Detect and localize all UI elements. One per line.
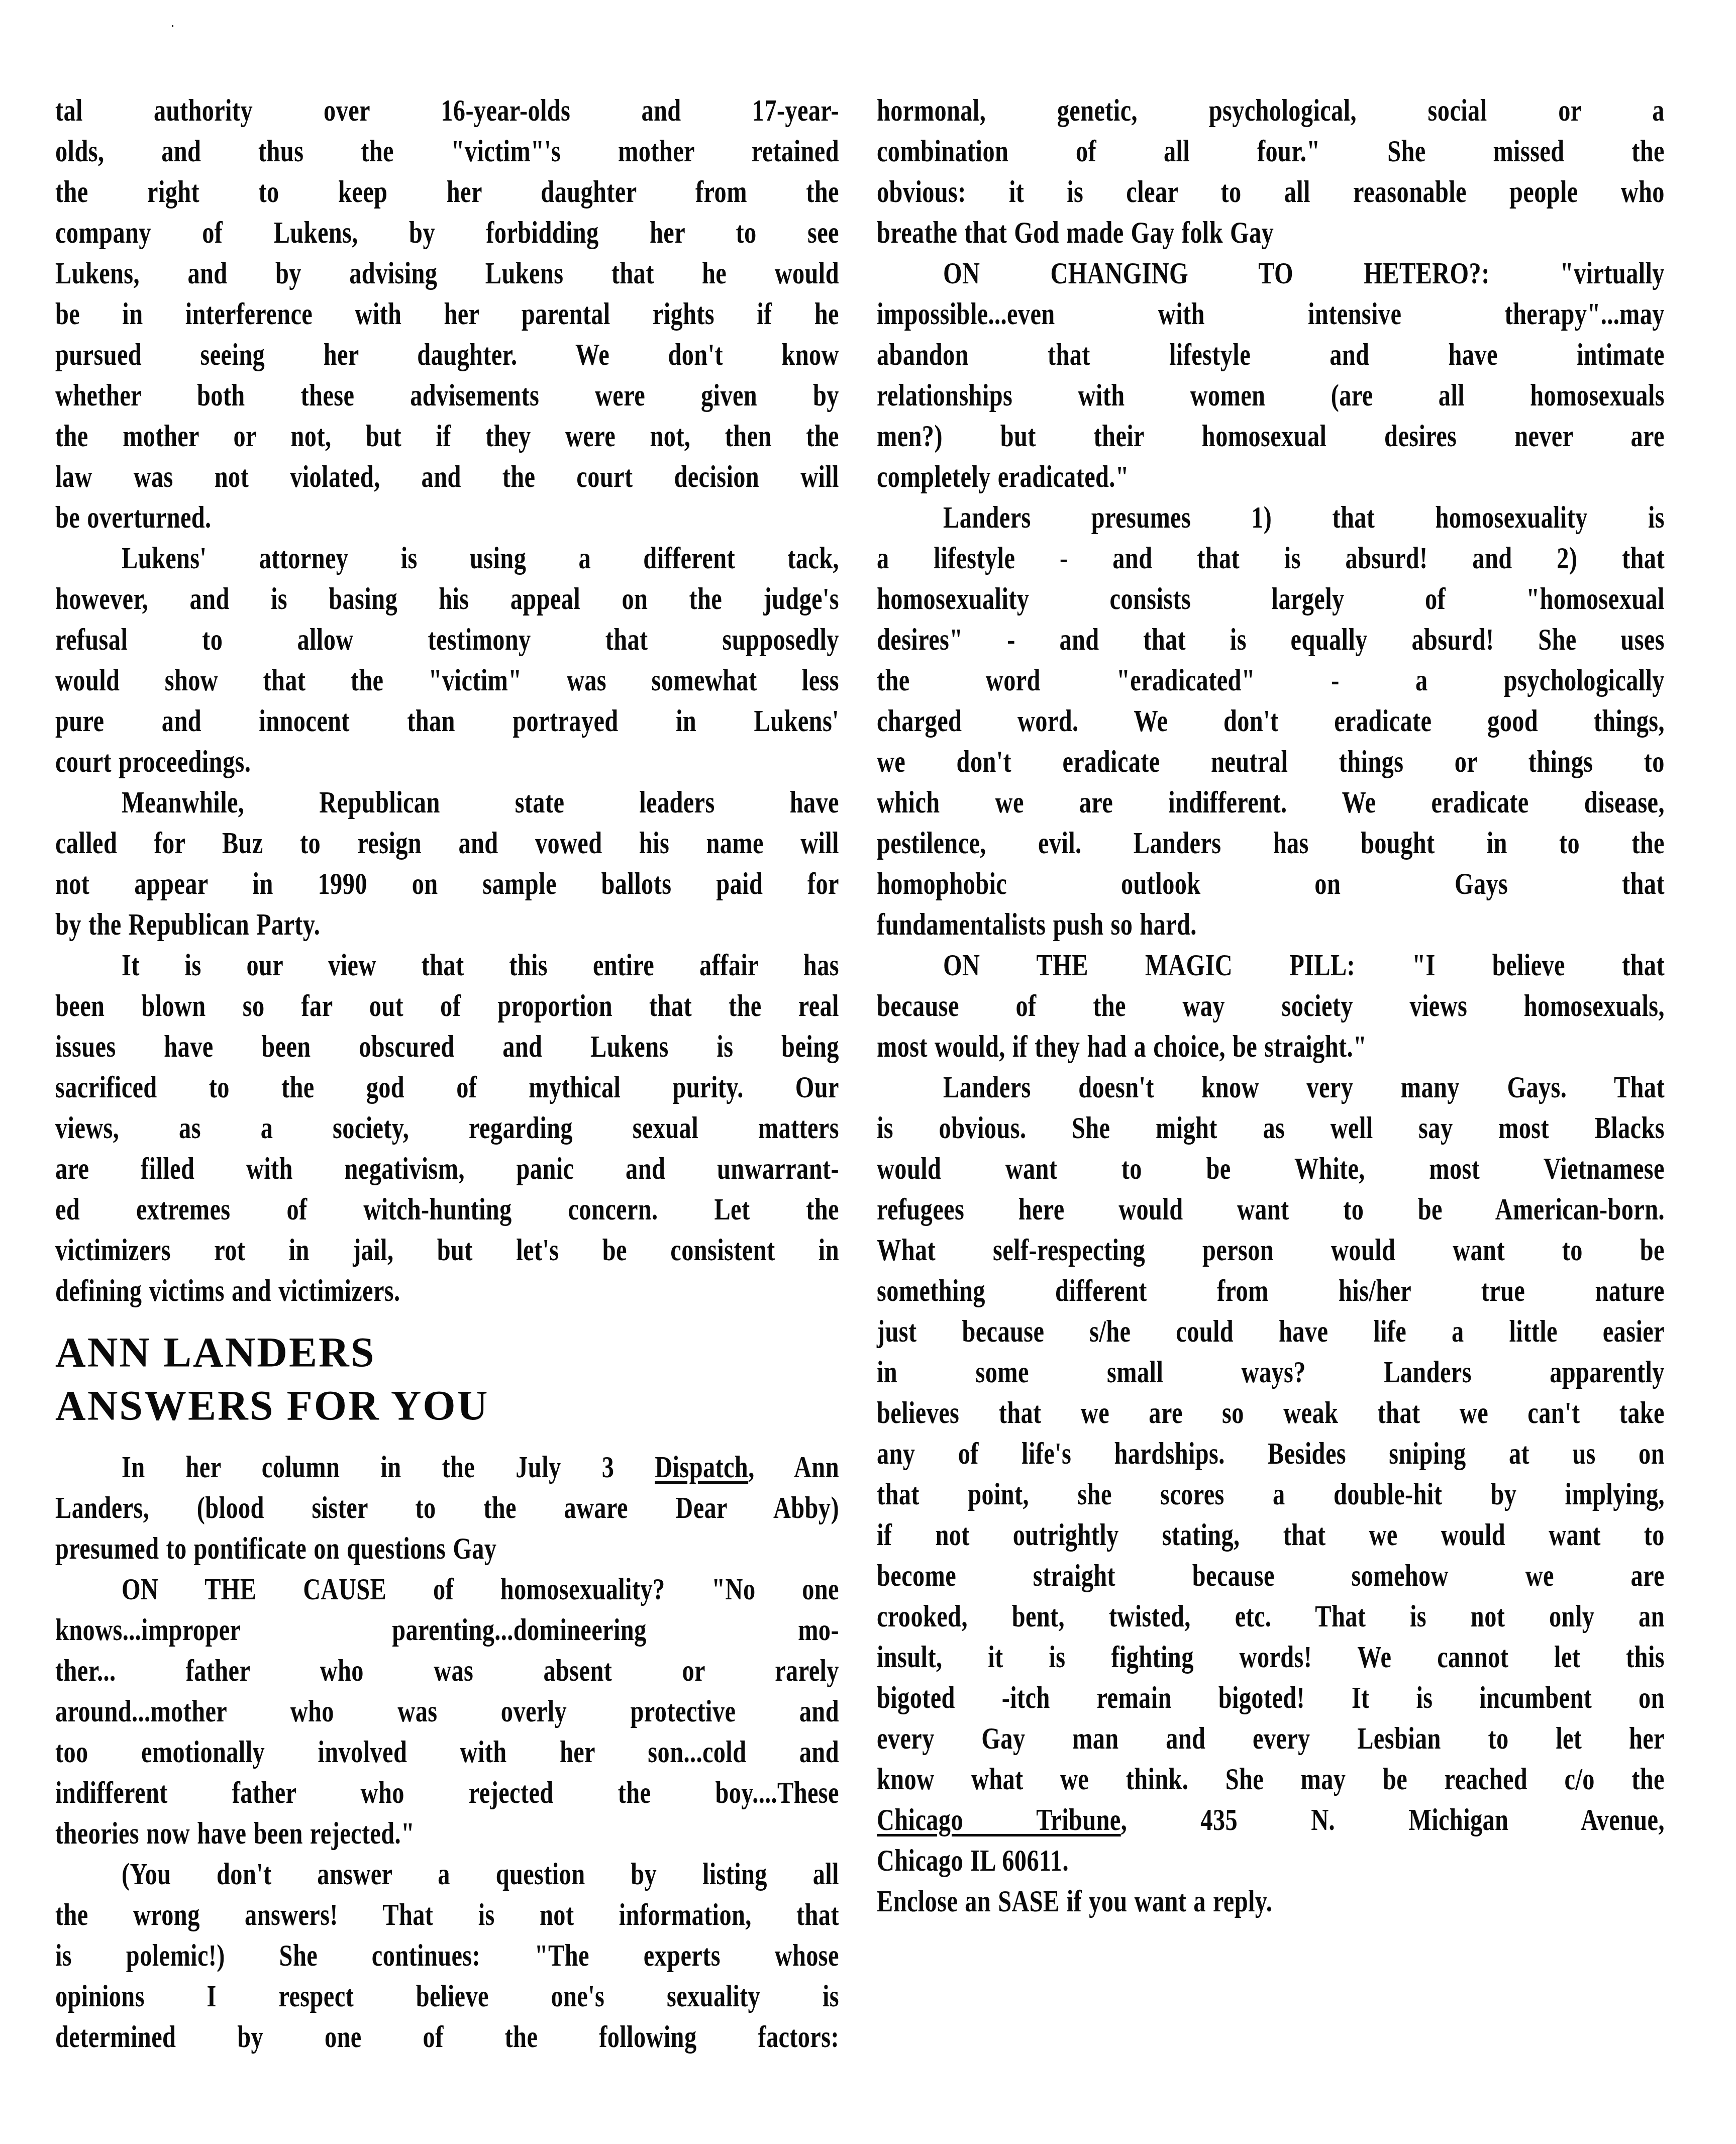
text-line: pestilence, evil. Landers has bought in … <box>877 823 1665 864</box>
article-paragraph-3: (You don't answer a question by listing … <box>55 1854 839 2058</box>
text-line: any of life's hardships. Besides sniping… <box>877 1434 1665 1474</box>
text-line: Meanwhile, Republican state leaders have <box>122 782 839 823</box>
street-address: , 435 N. Michigan Avenue, <box>1121 1803 1665 1837</box>
right-paragraph-1: hormonal, genetic, psychological, social… <box>877 90 1665 253</box>
text-line: combination of all four." She missed the <box>877 131 1665 172</box>
text-line: by the Republican Party. <box>55 904 839 945</box>
text-line: views, as a society, regarding sexual ma… <box>55 1108 839 1149</box>
text-line: opinions I respect believe one's sexuali… <box>55 1976 839 2017</box>
text-line: refugees here would want to be American-… <box>877 1189 1665 1230</box>
text-line: It is our view that this entire affair h… <box>122 945 839 986</box>
text-fragment: In her column in the July 3 <box>122 1450 655 1484</box>
text-line: the word "eradicated" - a psychologicall… <box>877 660 1665 701</box>
text-line: the right to keep her daughter from the <box>55 172 839 213</box>
closing-note: Enclose an SASE if you want a reply. <box>877 1881 1665 1922</box>
article-paragraph-1: In her column in the July 3 Dispatch, An… <box>55 1447 839 1569</box>
article-paragraph-2: ON THE CAUSE of homosexuality? "No one k… <box>55 1569 839 1854</box>
text-line: Lukens' attorney is using a different ta… <box>122 538 839 579</box>
text-line: too emotionally involved with her son...… <box>55 1732 839 1773</box>
text-line: refusal to allow testimony that supposed… <box>55 620 839 660</box>
text-line: abandon that lifestyle and have intimate <box>877 335 1665 375</box>
text-line: the mother or not, but if they were not,… <box>55 416 839 457</box>
text-line: if not outrightly stating, that we would… <box>877 1515 1665 1556</box>
publication-name-chicago-tribune: Chicago Tribune <box>877 1803 1121 1837</box>
text-line: sacrificed to the god of mythical purity… <box>55 1067 839 1108</box>
text-line: which we are indifferent. We eradicate d… <box>877 782 1665 823</box>
text-line: law was not violated, and the court deci… <box>55 457 839 497</box>
text-line: defining victims and victimizers. <box>55 1271 839 1311</box>
text-line: are filled with negativism, panic and un… <box>55 1149 839 1189</box>
closing-note-text: Enclose an SASE if you want a reply. <box>877 1881 1665 1922</box>
continued-paragraph-1: tal authority over 16-year-olds and 17-y… <box>55 90 839 538</box>
text-line: presumed to pontificate on questions Gay <box>55 1528 839 1569</box>
continued-paragraph-4: It is our view that this entire affair h… <box>55 945 839 1311</box>
text-line: court proceedings. <box>55 742 839 782</box>
text-line: homophobic outlook on Gays that <box>877 864 1665 904</box>
text-line: pure and innocent than portrayed in Luke… <box>55 701 839 742</box>
text-line: we don't eradicate neutral things or thi… <box>877 742 1665 782</box>
right-paragraph-5: Landers doesn't know very many Gays. Tha… <box>877 1067 1665 1881</box>
text-line: fundamentalists push so hard. <box>877 904 1665 945</box>
continued-paragraph-3: Meanwhile, Republican state leaders have… <box>55 782 839 945</box>
text-line: been blown so far out of proportion that… <box>55 986 839 1027</box>
headline-line-1: ANN LANDERS <box>55 1326 839 1380</box>
text-line: crooked, bent, twisted, etc. That is not… <box>877 1596 1665 1637</box>
text-line: impossible...even with intensive therapy… <box>877 294 1665 335</box>
text-fragment: , Ann <box>748 1450 839 1484</box>
text-line: determined by one of the following facto… <box>55 2017 839 2058</box>
text-line: (You don't answer a question by listing … <box>122 1854 839 1895</box>
text-line: ON CHANGING TO HETERO?: "virtually <box>943 253 1665 294</box>
text-line: that point, she scores a double-hit by i… <box>877 1474 1665 1515</box>
text-line: is polemic!) She continues: "The experts… <box>55 1935 839 1976</box>
text-line: not appear in 1990 on sample ballots pai… <box>55 864 839 904</box>
text-line: however, and is basing his appeal on the… <box>55 579 839 620</box>
text-line: breathe that God made Gay folk Gay <box>877 213 1665 253</box>
text-line: around...mother who was overly protectiv… <box>55 1691 839 1732</box>
text-line: desires" - and that is equally absurd! S… <box>877 620 1665 660</box>
text-line: every Gay man and every Lesbian to let h… <box>877 1718 1665 1759</box>
text-line: would show that the "victim" was somewha… <box>55 660 839 701</box>
right-paragraph-2: ON CHANGING TO HETERO?: "virtually impos… <box>877 253 1665 497</box>
text-line: issues have been obscured and Lukens is … <box>55 1027 839 1067</box>
text-line: ed extremes of witch-hunting concern. Le… <box>55 1189 839 1230</box>
text-line: would want to be White, most Vietnamese <box>877 1149 1665 1189</box>
text-line: hormonal, genetic, psychological, social… <box>877 90 1665 131</box>
continued-paragraph-2: Lukens' attorney is using a different ta… <box>55 538 839 782</box>
newsletter-page: tal authority over 16-year-olds and 17-y… <box>0 0 1736 2144</box>
text-line: be in interference with her parental rig… <box>55 294 839 335</box>
text-line: in some small ways? Landers apparently <box>877 1352 1665 1393</box>
text-line: ther... father who was absent or rarely <box>55 1651 839 1691</box>
publication-name-dispatch: Dispatch <box>655 1450 748 1484</box>
text-line: tal authority over 16-year-olds and 17-y… <box>55 90 839 131</box>
text-line: be overturned. <box>55 497 839 538</box>
text-line: pursued seeing her daughter. We don't kn… <box>55 335 839 375</box>
text-line: men?) but their homosexual desires never… <box>877 416 1665 457</box>
scan-speck <box>172 25 173 27</box>
city-address: Chicago IL 60611. <box>877 1841 1665 1881</box>
text-line: What self-respecting person would want t… <box>877 1230 1665 1271</box>
left-column: tal authority over 16-year-olds and 17-y… <box>55 90 839 2058</box>
text-line: indifferent father who rejected the boy.… <box>55 1773 839 1813</box>
text-line: charged word. We don't eradicate good th… <box>877 701 1665 742</box>
right-paragraph-3: Landers presumes 1) that homosexuality i… <box>877 497 1665 945</box>
article-headline: ANN LANDERS ANSWERS FOR YOU <box>55 1326 839 1433</box>
right-paragraph-4: ON THE MAGIC PILL: "I believe that becau… <box>877 945 1665 1067</box>
right-column: hormonal, genetic, psychological, social… <box>877 90 1665 1922</box>
text-line: ON THE MAGIC PILL: "I believe that <box>943 945 1665 986</box>
text-line: the wrong answers! That is not informati… <box>55 1895 839 1935</box>
text-line: company of Lukens, by forbidding her to … <box>55 213 839 253</box>
text-line: obvious: it is clear to all reasonable p… <box>877 172 1665 213</box>
text-line: ON THE CAUSE of homosexuality? "No one <box>122 1569 839 1610</box>
text-line: olds, and thus the "victim"'s mother ret… <box>55 131 839 172</box>
text-line: because of the way society views homosex… <box>877 986 1665 1027</box>
text-line: Landers, (blood sister to the aware Dear… <box>55 1488 839 1528</box>
text-line: most would, if they had a choice, be str… <box>877 1027 1665 1067</box>
text-line: is obvious. She might as well say most B… <box>877 1108 1665 1149</box>
text-line: Landers doesn't know very many Gays. Tha… <box>943 1067 1665 1108</box>
text-line: victimizers rot in jail, but let's be co… <box>55 1230 839 1271</box>
text-line: just because s/he could have life a litt… <box>877 1311 1665 1352</box>
text-line: homosexuality consists largely of "homos… <box>877 579 1665 620</box>
text-line: a lifestyle - and that is absurd! and 2)… <box>877 538 1665 579</box>
text-line: completely eradicated." <box>877 457 1665 497</box>
text-line: whether both these advisements were give… <box>55 375 839 416</box>
text-line: bigoted -itch remain bigoted! It is incu… <box>877 1678 1665 1718</box>
text-line: relationships with women (are all homose… <box>877 375 1665 416</box>
text-line: believes that we are so weak that we can… <box>877 1393 1665 1434</box>
headline-line-2: ANSWERS FOR YOU <box>55 1380 839 1433</box>
text-line: called for Buz to resign and vowed his n… <box>55 823 839 864</box>
text-line: theories now have been rejected." <box>55 1813 839 1854</box>
text-line: knows...improper parenting...domineering… <box>55 1610 839 1651</box>
text-line: become straight because somehow we are <box>877 1556 1665 1596</box>
text-line: Landers presumes 1) that homosexuality i… <box>943 497 1665 538</box>
text-line: something different from his/her true na… <box>877 1271 1665 1311</box>
text-line: know what we think. She may be reached c… <box>877 1759 1665 1800</box>
text-line: insult, it is fighting words! We cannot … <box>877 1637 1665 1678</box>
text-line: Lukens, and by advising Lukens that he w… <box>55 253 839 294</box>
